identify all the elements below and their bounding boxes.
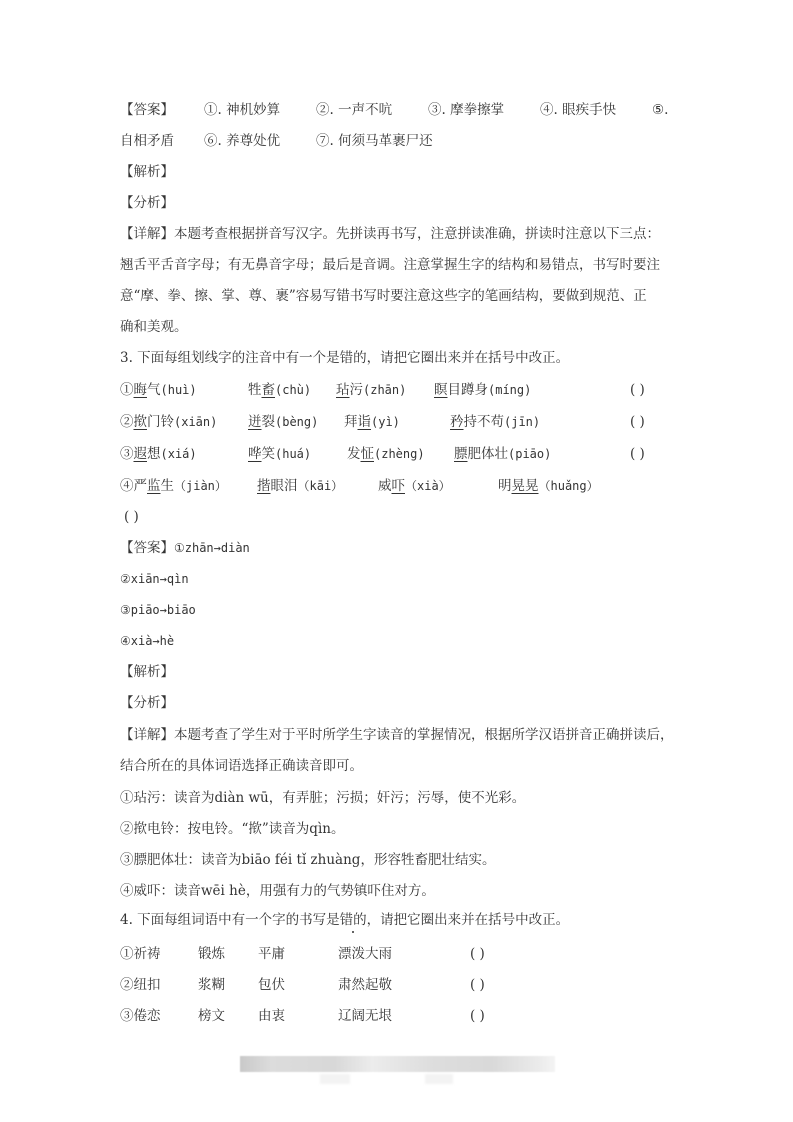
q4-word: 平庸 [258,944,285,964]
answer-item: 自相矛盾 [120,131,174,151]
blurred-footer-mark [320,1074,350,1084]
answer-label: 【答案】 [120,540,174,556]
q3-title: 3. 下面每组划线字的注音中有一个是错的，请把它圈出来并在括号中改正。 [120,348,569,368]
answer-item: ⑤. [652,100,668,120]
answer-item: ③. 摩拳擦掌 [428,100,504,120]
answer-blank[interactable]: ( ) [630,444,645,464]
answer-item: ①. 神机妙算 [204,100,280,120]
q3-word: 明晃晃（huǎng） [498,476,599,496]
answer-blank[interactable]: ( ) [630,380,645,400]
q3-word: 迸裂(bèng) [248,412,318,432]
q4-word: 漂泼大雨 [338,944,392,964]
answer-item: ④xià→hè [120,631,174,651]
q3-word: 拜诣(yì) [344,412,400,432]
answer-item: ②xiān→qìn [120,569,189,589]
blurred-footer-mark [425,1074,453,1084]
answer-blank[interactable]: ( ) [630,412,645,432]
answer-item: ②. 一声不吭 [316,100,392,120]
q3-detail-line: 【详解】本题考查了学生对于平时所学生字读音的掌握情况，根据所学汉语拼音正确拼读后… [120,725,674,745]
q4-word: 锻炼 [198,944,225,964]
q3-fenxi-label: 【分析】 [120,693,174,713]
q3-word: 瞑目蹲身(míng) [434,380,531,400]
q2-detail-line: 意“摩、拳、擦、掌、尊、裹”容易写错书写时要注意这些字的笔画结构，要做到规范、正 [120,286,647,306]
q3-word: ②揿门铃(xiān) [120,412,217,432]
q3-detail-line: ④威吓：读音wēi hè，用强有力的气势镇吓住对方。 [120,881,435,901]
q3-word: 威吓（xià） [378,476,451,496]
q3-word: 发怔(zhèng) [347,444,425,464]
q3-detail-line: ②揿电铃：按电铃。“揿”读音为qìn。 [120,819,344,839]
answer-item: ⑥. 养尊处优 [204,131,280,151]
answer-blank[interactable]: ( ) [470,944,485,964]
q3-jiexi-label: 【解析】 [120,662,174,682]
q3-word: 玷污(zhān) [336,380,406,400]
answer-item: ⑦. 何须马革裹尸还 [316,131,433,151]
q3-word: ①晦气(huì) [120,380,197,400]
answer-blank[interactable]: ( ) [124,507,139,527]
q3-answer-line: 【答案】①zhān→diàn [120,538,250,558]
q4-word: ③倦恋 [120,1006,161,1026]
answer-blank[interactable]: ( ) [470,975,485,995]
q3-word: 牲畜(chù) [248,380,311,400]
q2-detail-line: 翘舌平舌音字母；有无鼻音字母；最后是音调。注意掌握生字的结构和易错点，书写时要注 [120,255,660,275]
q3-detail-line: ③膘肥体壮：读音为biāo féi tǐ zhuàng，形容牲畜肥壮结实。 [120,850,495,870]
q4-word: 包伏 [258,975,285,995]
emphasis-dots: 错的 [340,912,367,928]
answer-item: ④. 眼疾手快 [540,100,616,120]
q2-jiexi-label: 【解析】 [120,162,174,182]
q4-word: ①祈祷 [120,944,161,964]
q3-detail-line: ①玷污：读音为diàn wū，有弄脏；污损；奸污；污辱，使不光彩。 [120,788,525,808]
q2-fenxi-label: 【分析】 [120,193,174,213]
answer-item: ①zhān→diàn [174,541,250,555]
q3-word: 矜持不苟(jīn) [450,412,540,432]
q4-word: ②纽扣 [120,975,161,995]
answer-blank[interactable]: ( ) [470,1006,485,1026]
q4-word: 肃然起敬 [338,975,392,995]
answer-label: 【答案】 [120,100,174,120]
q3-word: ④严监生（jiàn） [120,476,227,496]
q3-detail-line: 结合所在的具体词语选择正确读音即可。 [120,756,363,776]
q4-word: 浆糊 [198,975,225,995]
q4-title: 4. 下面每组词语中有一个字的书写是错的，请把它圈出来并在括号中改正。 [120,910,569,930]
q4-word: 由衷 [258,1006,285,1026]
q2-detail-line: 确和美观。 [120,317,188,337]
q4-word: 榜文 [198,1006,225,1026]
q2-detail-line: 【详解】本题考查根据拼音写汉字。先拼读再书写，注意拼读准确，拼读时注意以下三点： [120,224,660,244]
q3-word: 揩眼泪（kāi） [257,476,343,496]
q3-word: 哗笑(huá) [248,444,311,464]
answer-item: ③piāo→biāo [120,600,196,620]
blurred-footer-bar [240,1056,555,1072]
q3-word: ③遐想(xiá) [120,444,197,464]
q4-word: 辽阔无垠 [338,1006,392,1026]
q3-word: 膘肥体壮(piāo) [454,444,551,464]
